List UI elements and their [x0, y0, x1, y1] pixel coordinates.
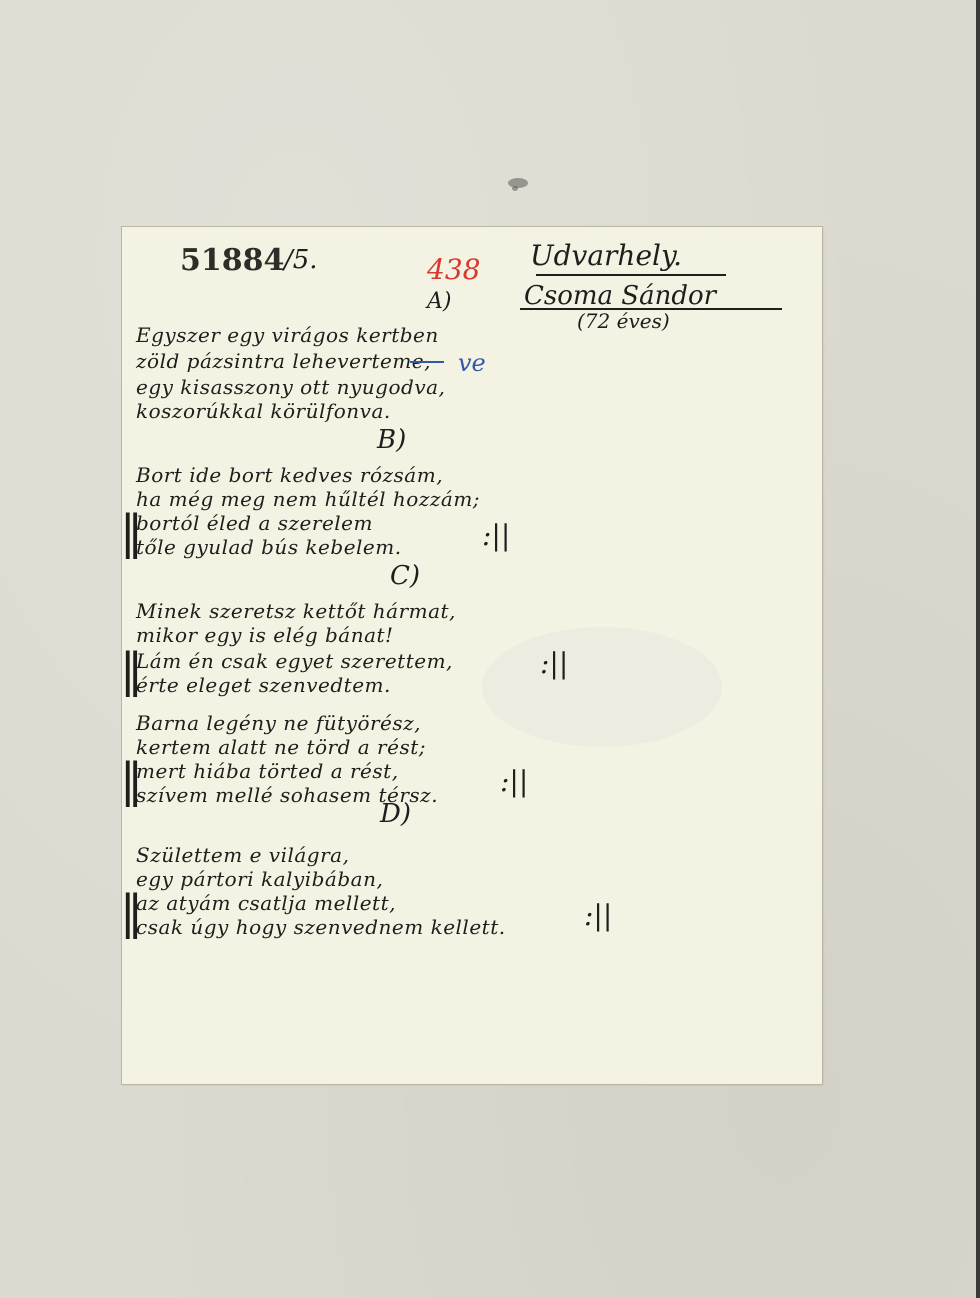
archive-number: 51884 — [180, 243, 284, 278]
verse-line: Barna legény ne fütyörész, — [136, 711, 421, 735]
section-label-a: A) — [427, 289, 451, 314]
verse-line: Minek szeretsz kettőt hármat, — [136, 599, 456, 623]
repeat-end-mark: :|| — [584, 899, 612, 932]
verse-line: tőle gyulad bús kebelem. — [136, 535, 402, 559]
verse-line: zöld pázsintra leheverteme, — [136, 349, 431, 373]
verse-line: kertem alatt ne törd a rést; — [136, 735, 426, 759]
collector-age: (72 éves) — [577, 309, 670, 333]
verse-line: érte eleget szenvedtem. — [136, 673, 391, 697]
red-catalog-number: 438 — [427, 253, 480, 286]
repeat-end-mark: :|| — [540, 647, 568, 680]
archive-mount-board: 51884 /5. 438 A) Udvarhely. Csoma Sándor… — [0, 0, 980, 1298]
place-underline — [536, 274, 726, 276]
section-label-d: D) — [380, 799, 411, 829]
manuscript-sheet: 51884 /5. 438 A) Udvarhely. Csoma Sándor… — [122, 227, 822, 1084]
verse-line: mikor egy is elég bánat! — [136, 623, 394, 647]
verse-line: Bort ide bort kedves rózsám, — [136, 463, 443, 487]
verse-line: mert hiába törted a rést, — [136, 759, 399, 783]
place-name: Udvarhely. — [530, 239, 682, 272]
mount-edge — [976, 0, 980, 1298]
blue-correction: ve — [458, 349, 486, 377]
verse-line: Lám én csak egyet szerettem, — [136, 649, 453, 673]
section-label-c: C) — [390, 561, 420, 591]
collector-name: Csoma Sándor — [524, 281, 716, 311]
ink-stain — [508, 178, 528, 188]
repeat-end-mark: :|| — [482, 519, 510, 552]
paper-discoloration — [482, 627, 722, 747]
verse-line: egy kisasszony ott nyugodva, — [136, 375, 445, 399]
archive-suffix: /5. — [284, 245, 318, 275]
verse-line: csak úgy hogy szenvednem kellett. — [136, 915, 506, 939]
strikethrough — [410, 361, 444, 363]
repeat-end-mark: :|| — [500, 765, 528, 798]
verse-line: egy pártori kalyibában, — [136, 867, 383, 891]
verse-line: az atyám csatlja mellett, — [136, 891, 396, 915]
verse-line: bortól éled a szerelem — [136, 511, 373, 535]
ink-stain — [512, 186, 518, 191]
verse-line: koszorúkkal körülfonva. — [136, 399, 391, 423]
verse-line: ha még meg nem hűltél hozzám; — [136, 487, 480, 511]
section-label-b: B) — [377, 425, 406, 455]
verse-line: Egyszer egy virágos kertben — [136, 323, 439, 347]
verse-line: Születtem e világra, — [136, 843, 349, 867]
